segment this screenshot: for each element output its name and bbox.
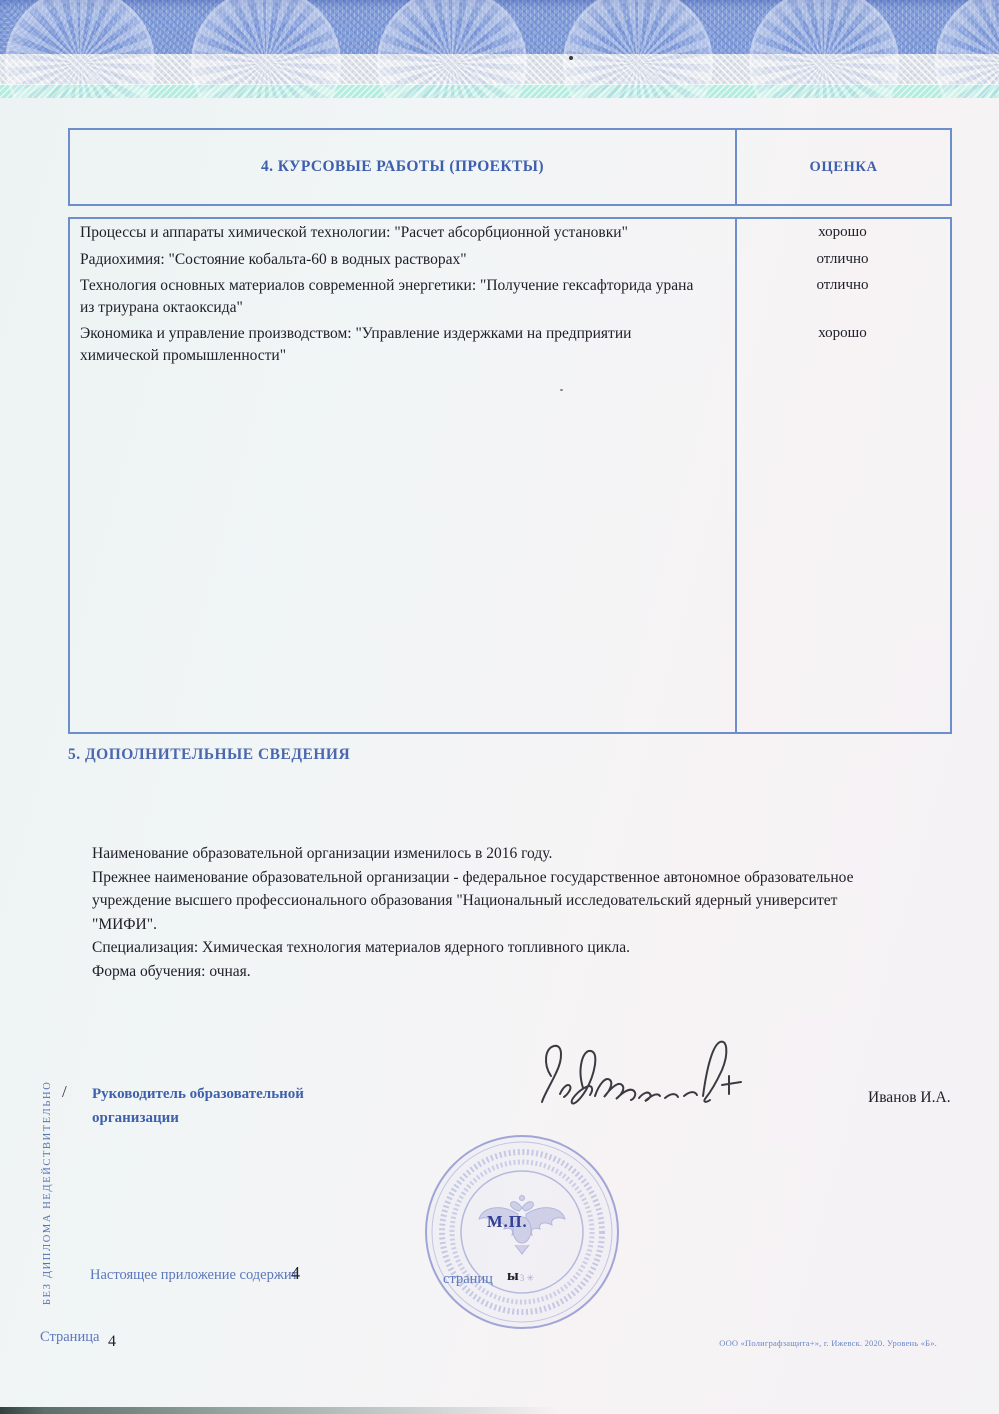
stamp-place-label: М.П.	[487, 1212, 528, 1232]
rosette-ornament	[563, 0, 713, 98]
course-subject: Радиохимия: "Состояние кобальта-60 в вод…	[70, 246, 735, 273]
course-grade: отлично	[735, 246, 950, 268]
course-grade: отлично	[735, 272, 950, 294]
course-subject: Технология основных материалов современн…	[70, 272, 735, 320]
rosette-ornament	[5, 0, 155, 98]
scan-edge-artifact	[0, 1407, 560, 1414]
grade-column-header: ОЦЕНКА	[737, 130, 950, 204]
course-subject: Процессы и аппараты химической технологи…	[70, 219, 735, 246]
pages-statement: Настоящее приложение содержит	[90, 1267, 298, 1284]
info-paragraph: Прежнее наименование образовательной орг…	[92, 866, 884, 937]
page-number: 4	[108, 1333, 116, 1351]
coursework-rows: Процессы и аппараты химической технологи…	[70, 219, 950, 368]
table-row: Процессы и аппараты химической технологи…	[70, 219, 950, 246]
slash-mark: /	[62, 1082, 67, 1102]
course-subject: Экономика и управление производством: "У…	[70, 320, 735, 368]
coursework-section-title: 4. КУРСОВЫЕ РАБОТЫ (ПРОЕКТЫ)	[70, 130, 735, 204]
rosette-ornament	[749, 0, 899, 98]
coursework-table-body: Процессы и аппараты химической технологи…	[68, 217, 952, 734]
printer-note: ООО «Полиграфзащита+», г. Ижевск. 2020. …	[719, 1338, 937, 1348]
info-paragraph: Наименование образовательной организации…	[92, 842, 884, 866]
scan-speck	[569, 56, 573, 60]
pages-word: страниц	[443, 1271, 493, 1288]
page-label: Страница	[40, 1329, 99, 1346]
table-row: Радиохимия: "Состояние кобальта-60 в вод…	[70, 246, 950, 273]
handwritten-signature	[533, 1032, 773, 1137]
coursework-table-header: 4. КУРСОВЫЕ РАБОТЫ (ПРОЕКТЫ) ОЦЕНКА	[68, 128, 952, 206]
additional-info-section-title: 5. ДОПОЛНИТЕЛЬНЫЕ СВЕДЕНИЯ	[68, 746, 350, 764]
university-round-stamp-icon: ✳ 3 ✳	[422, 1132, 622, 1332]
validity-watermark: БЕЗ ДИПЛОМА НЕДЕЙСТВИТЕЛЬНО	[42, 1040, 53, 1305]
additional-info-text: Наименование образовательной организации…	[92, 842, 884, 983]
info-paragraph: Форма обучения: очная.	[92, 960, 884, 984]
table-row: Технология основных материалов современн…	[70, 272, 950, 320]
rosette-ornament	[191, 0, 341, 98]
table-row: Экономика и управление производством: "У…	[70, 320, 950, 368]
rosette-ornament	[377, 0, 527, 98]
info-paragraph: Специализация: Химическая технология мат…	[92, 936, 884, 960]
diploma-supplement-page: 4. КУРСОВЫЕ РАБОТЫ (ПРОЕКТЫ) ОЦЕНКА Проц…	[0, 0, 999, 1414]
pages-count: 4	[291, 1263, 300, 1284]
scan-speck	[560, 389, 563, 391]
pages-word-suffix: ы	[507, 1268, 519, 1285]
guilloche-border	[0, 0, 999, 98]
course-grade: хорошо	[735, 219, 950, 241]
signer-name: Иванов И.А.	[868, 1089, 951, 1107]
head-of-organization-label: Руководитель образовательной организации	[92, 1082, 362, 1130]
course-grade: хорошо	[735, 320, 950, 342]
